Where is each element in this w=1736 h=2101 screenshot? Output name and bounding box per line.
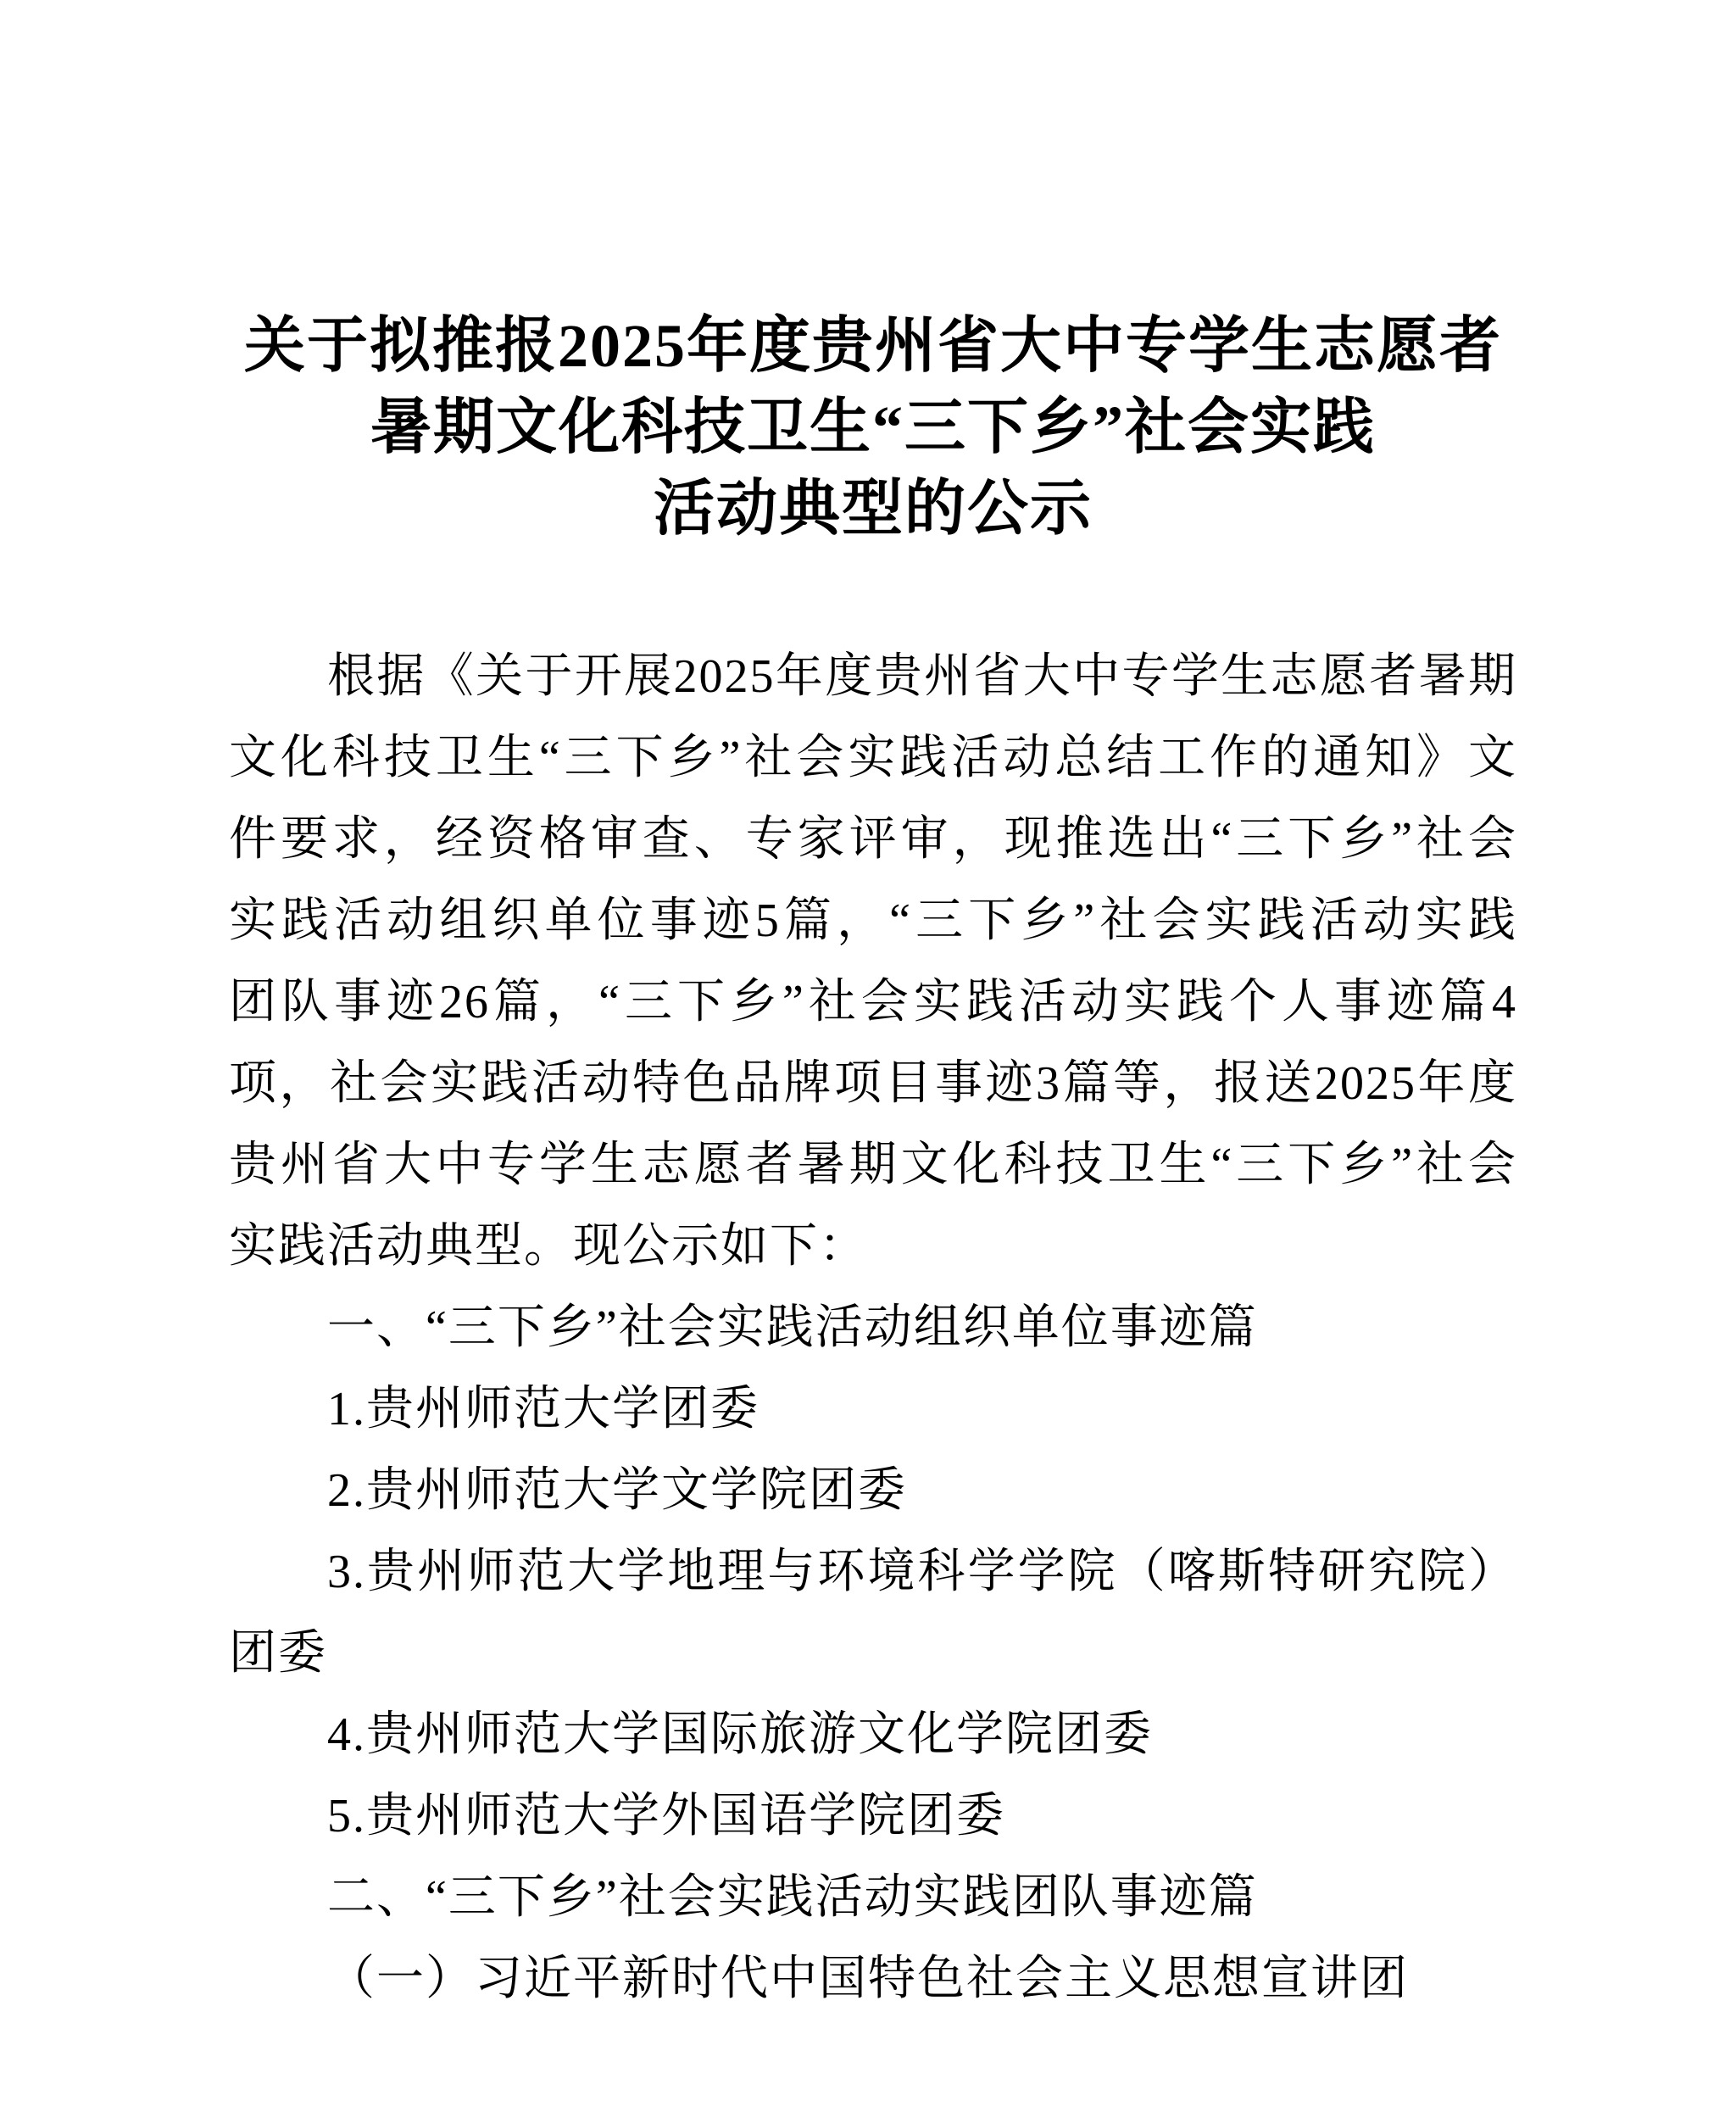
body-line: 1.贵州师范大学团委 <box>229 1368 1517 1450</box>
body-line: 实践活动组织单位事迹5篇，“三下乡”社会实践活动实践 <box>229 880 1517 961</box>
document-title-line-3: 活动典型的公示 <box>229 468 1517 549</box>
body-line: 文化科技卫生“三下乡”社会实践活动总结工作的通知》文 <box>229 717 1517 799</box>
body-line: 件要求，经资格审查、专家评审，现推选出“三下乡”社会 <box>229 799 1517 880</box>
body-line: 4.贵州师范大学国际旅游文化学院团委 <box>229 1694 1517 1775</box>
body-line: 5.贵州师范大学外国语学院团委 <box>229 1775 1517 1857</box>
body-line: 贵州省大中专学生志愿者暑期文化科技卫生“三下乡”社会 <box>229 1124 1517 1206</box>
body-line: （一）习近平新时代中国特色社会主义思想宣讲团 <box>229 1938 1517 2020</box>
body-line: 实践活动典型。现公示如下： <box>229 1206 1517 1287</box>
document-title-line-1: 关于拟推报2025年度贵州省大中专学生志愿者 <box>229 305 1517 387</box>
body-line: 二、“三下乡”社会实践活动实践团队事迹篇 <box>229 1857 1517 1938</box>
body-line: 3.贵州师范大学地理与环境科学学院（喀斯特研究院） <box>229 1531 1517 1613</box>
document-title: 关于拟推报2025年度贵州省大中专学生志愿者 暑期文化科技卫生“三下乡”社会实践… <box>229 305 1517 549</box>
document-page: 关于拟推报2025年度贵州省大中专学生志愿者 暑期文化科技卫生“三下乡”社会实践… <box>0 0 1736 2101</box>
body-line: 2.贵州师范大学文学院团委 <box>229 1450 1517 1531</box>
body-line: 根据《关于开展2025年度贵州省大中专学生志愿者暑期 <box>229 636 1517 717</box>
body-line: 一、“三下乡”社会实践活动组织单位事迹篇 <box>229 1287 1517 1368</box>
document-title-line-2: 暑期文化科技卫生“三下乡”社会实践 <box>229 387 1517 468</box>
body-line: 项，社会实践活动特色品牌项目事迹3篇等，报送2025年度 <box>229 1043 1517 1124</box>
body-line: 团队事迹26篇，“三下乡”社会实践活动实践个人事迹篇4 <box>229 961 1517 1043</box>
document-body: 根据《关于开展2025年度贵州省大中专学生志愿者暑期文化科技卫生“三下乡”社会实… <box>229 636 1517 2020</box>
body-line: 团委 <box>229 1613 1517 1694</box>
